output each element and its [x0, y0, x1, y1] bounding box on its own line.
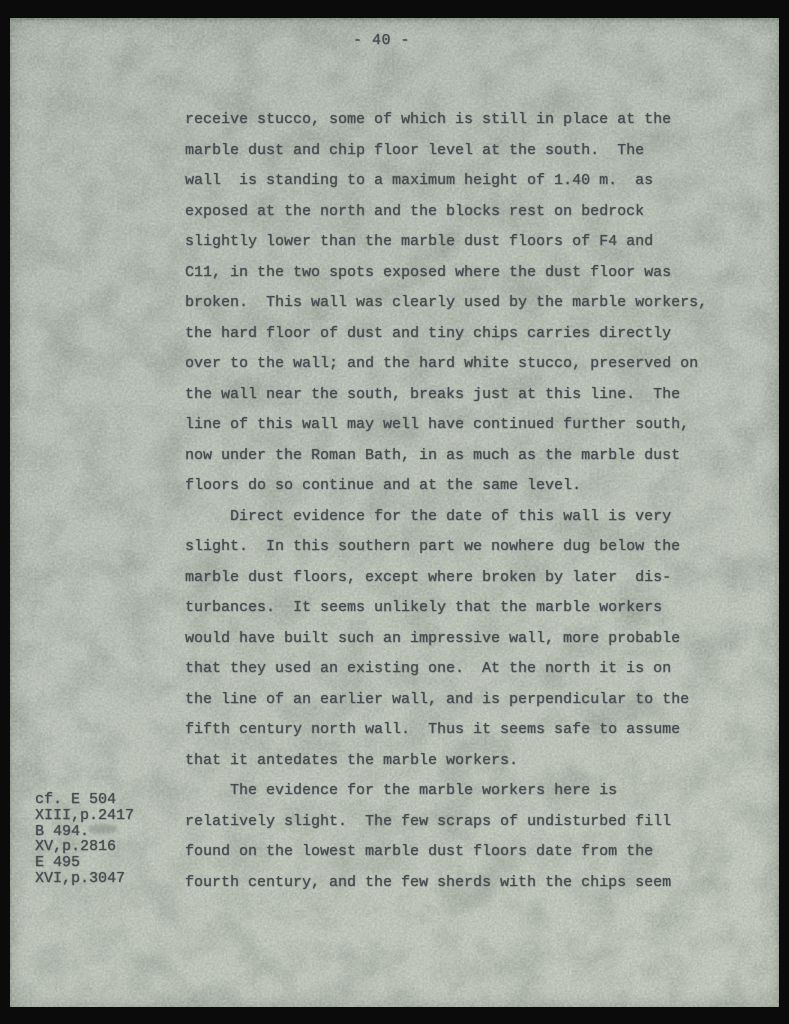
document-body: receive stucco, some of which is still i…: [185, 105, 730, 898]
margin-note-references: cf. E 504 XIII,p.2417 B 494. XV,p.2816 E…: [35, 792, 175, 887]
page-number: - 40 -: [353, 30, 410, 51]
paragraph-date-evidence: Direct evidence for the date of this wal…: [185, 502, 730, 777]
paragraph-wall-description: receive stucco, some of which is still i…: [185, 105, 730, 502]
document-page: - 40 - receive stucco, some of which is …: [10, 18, 779, 1007]
paragraph-marble-workers-evidence: The evidence for the marble workers here…: [185, 776, 730, 898]
scanner-bed-background: - 40 - receive stucco, some of which is …: [0, 0, 789, 1024]
